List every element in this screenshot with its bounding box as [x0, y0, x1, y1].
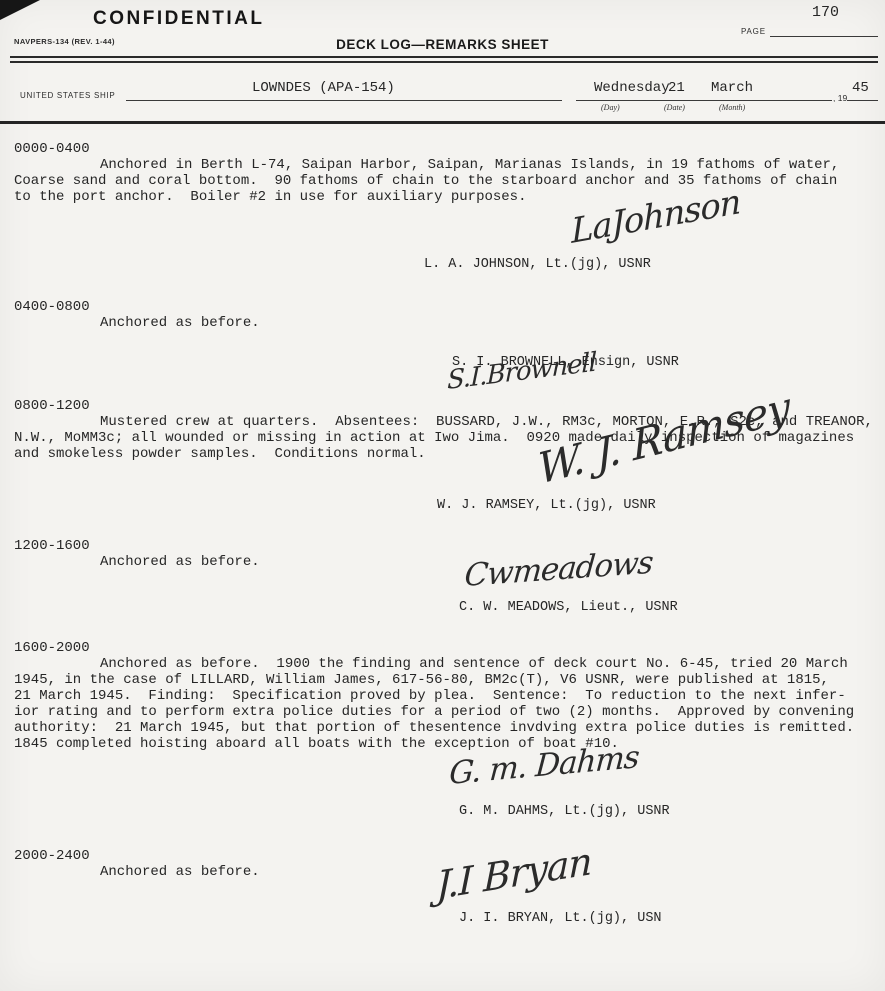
entry-time-range: 1200-1600 [14, 538, 874, 554]
date-day-number: 21 [668, 80, 685, 96]
month-field-label: (Month) [719, 103, 745, 112]
log-entry-0400-0800: 0400-0800 Anchored as before. [14, 299, 874, 331]
date-field-label: (Date) [664, 103, 685, 112]
entry-text-line: Anchored as before. [14, 554, 874, 570]
entry-text-line: Anchored as before. [14, 315, 874, 331]
date-line [576, 100, 832, 101]
page-number: 170 [812, 4, 839, 21]
entry-text-line: 21 March 1945. Finding: Specification pr… [14, 688, 874, 704]
log-entry-1600-2000: 1600-2000 Anchored as before. 1900 the f… [14, 640, 874, 752]
entry-text-line: authority: 21 March 1945, but that porti… [14, 720, 874, 736]
page-label: PAGE [741, 27, 766, 36]
signature-typed-meadows: C. W. MEADOWS, Lieut., USNR [459, 600, 678, 615]
entry-time-range: 0400-0800 [14, 299, 874, 315]
header-heavy-rule [0, 121, 885, 124]
entry-text-line: 1845 completed hoisting aboard all boats… [14, 736, 874, 752]
entry-text-line: to the port anchor. Boiler #2 in use for… [14, 189, 874, 205]
date-day-name: Wednesday [594, 80, 670, 96]
header-double-rule [10, 56, 878, 63]
date-year: 45 [852, 80, 869, 96]
scan-corner-artifact [0, 0, 40, 20]
entry-text-line: 1945, in the case of LILLARD, William Ja… [14, 672, 874, 688]
day-field-label: (Day) [601, 103, 620, 112]
year-prefix: , 19 [833, 93, 847, 103]
log-entry-0000-0400: 0000-0400 Anchored in Berth L-74, Saipan… [14, 141, 874, 205]
entry-time-range: 0000-0400 [14, 141, 874, 157]
date-month: March [711, 80, 753, 96]
entry-time-range: 1600-2000 [14, 640, 874, 656]
document-title: DECK LOG—REMARKS SHEET [0, 37, 885, 52]
ship-name: LOWNDES (APA-154) [252, 80, 395, 96]
entry-text-line: Coarse sand and coral bottom. 90 fathoms… [14, 173, 874, 189]
log-entry-1200-1600: 1200-1600 Anchored as before. [14, 538, 874, 570]
entry-text-line: ior rating and to perform extra police d… [14, 704, 874, 720]
year-line [847, 100, 878, 101]
signature-typed-bryan: J. I. BRYAN, Lt.(jg), USN [459, 911, 662, 926]
ship-name-line [126, 100, 562, 101]
classification-stamp: CONFIDENTIAL [93, 8, 264, 30]
entry-text-line: Anchored in Berth L-74, Saipan Harbor, S… [14, 157, 874, 173]
ship-label: UNITED STATES SHIP [20, 91, 115, 100]
entry-text-line: Anchored as before. 1900 the finding and… [14, 656, 874, 672]
signature-typed-johnson: L. A. JOHNSON, Lt.(jg), USNR [424, 257, 651, 272]
deck-log-page: CONFIDENTIAL 170 PAGE NAVPERS-134 (REV. … [0, 0, 885, 991]
entry-text-line: and smokeless powder samples. Conditions… [14, 446, 874, 462]
signature-typed-dahms: G. M. DAHMS, Lt.(jg), USNR [459, 804, 670, 819]
signature-typed-ramsey: W. J. RAMSEY, Lt.(jg), USNR [437, 498, 656, 513]
